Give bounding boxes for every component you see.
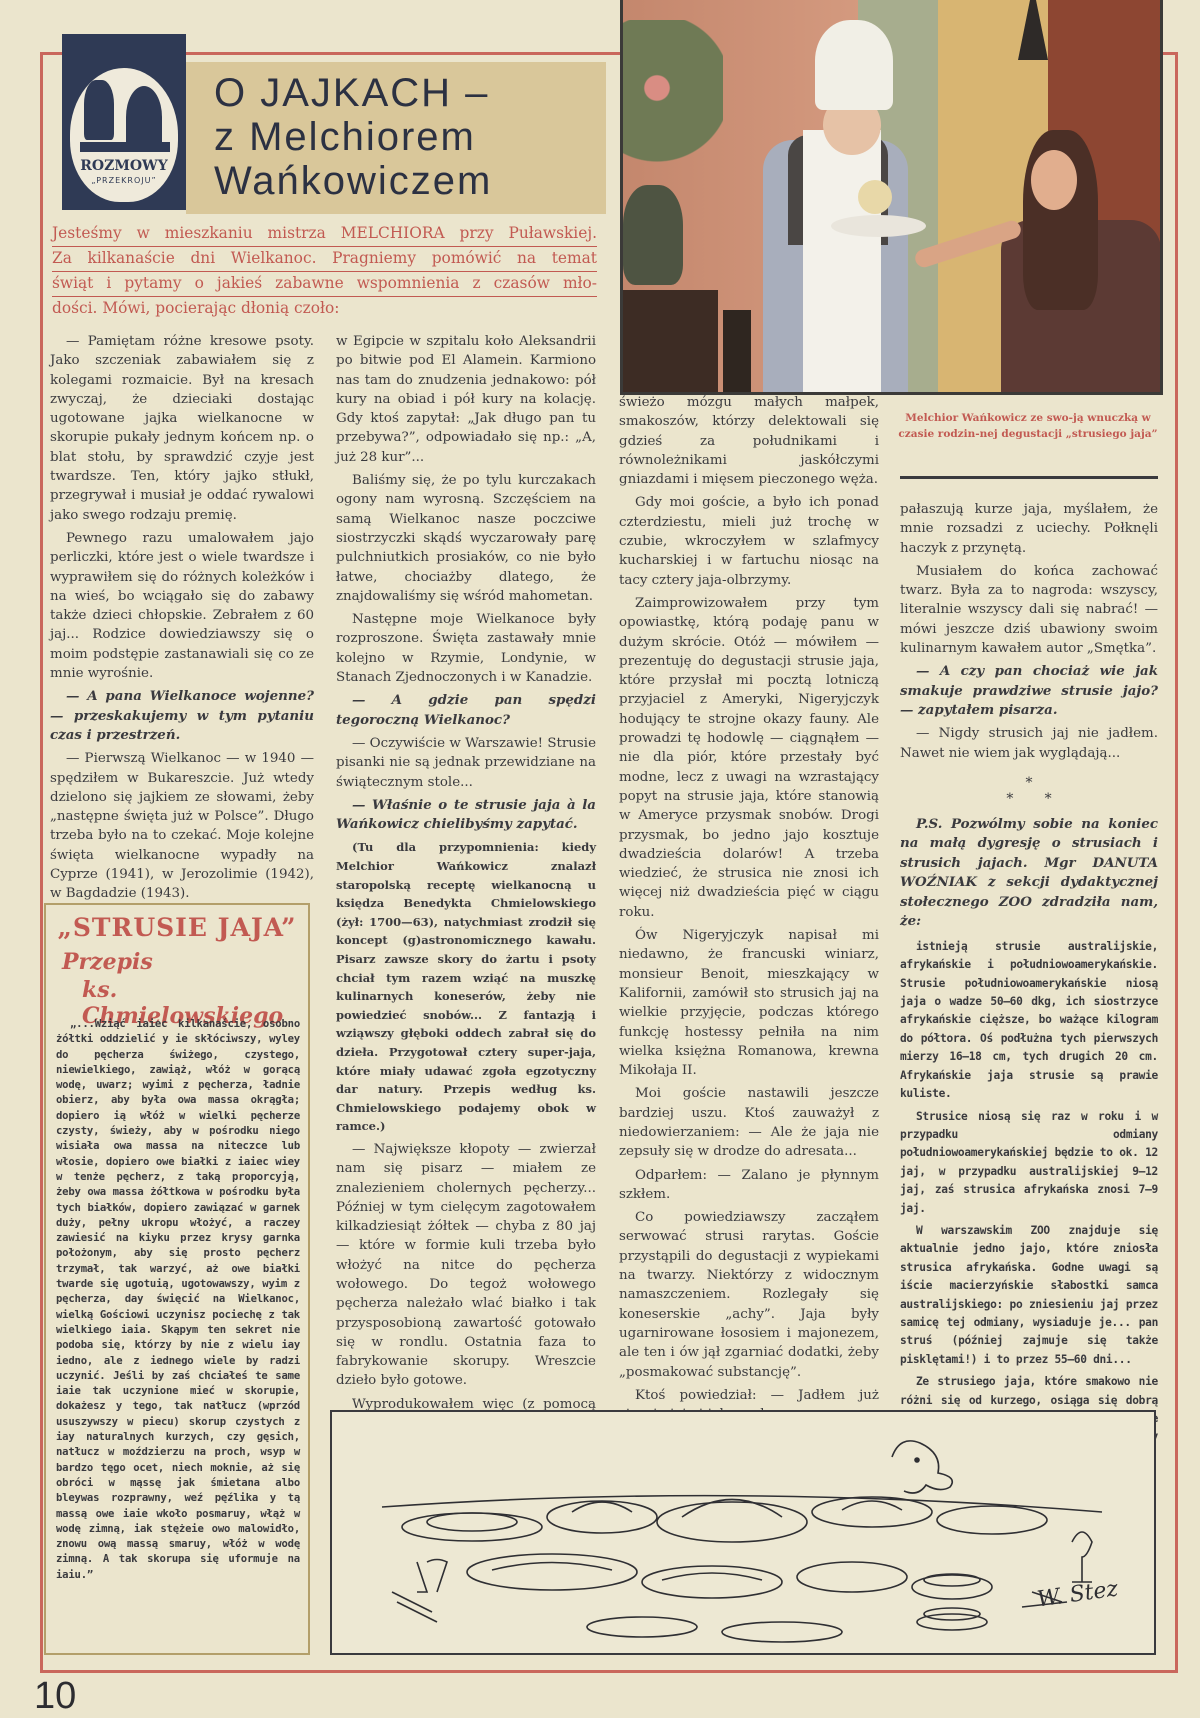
photo-egg: [858, 180, 892, 214]
interviewer-question: — Właśnie o te strusie jaja à la Wańkowi…: [336, 796, 596, 835]
interviewer-question: — A pana Wielkanoce wojenne? — przeskaku…: [50, 687, 314, 745]
intro-lead: Jesteśmy w mieszkaniu mistrza MELCHIORA …: [52, 222, 597, 322]
logo-subtitle: „PRZEKROJU”: [70, 176, 178, 185]
recipe-sidebar-box: „STRUSIE JAJA” Przepis ks. Chmielowskieg…: [44, 903, 310, 1655]
photo-caption: Melchior Wańkowicz ze swo-ją wnuczką w c…: [898, 410, 1158, 442]
zoo-fact: istnieją strusie australijskie, afrykańs…: [900, 938, 1158, 1104]
frame-border-bottom: [40, 1670, 1178, 1673]
magazine-page: ROZMOWY „PRZEKROJU” O JAJKACH – z Melchi…: [0, 0, 1200, 1718]
paragraph: — Największe kłopoty — zwierzał nam się …: [336, 1140, 596, 1391]
paragraph: Zaimprowizowałem przy tym opowiastkę, kt…: [619, 594, 879, 922]
paragraph: Musiałem do końca zachować twarz. Była z…: [900, 562, 1158, 658]
caption-divider: [900, 476, 1158, 479]
interviewer-question: — A gdzie pan spędzi tegoroczną Wielkano…: [336, 691, 596, 730]
photo-vase: [623, 185, 683, 285]
paragraph: w Egipcie w szpitalu koło Aleksandrii po…: [336, 332, 596, 467]
logo-figure-silhouette-icon: [126, 86, 162, 148]
article-column-4: pałaszują kurze jaja, myślałem, że mnie …: [900, 500, 1158, 1554]
paragraph: Odparłem: — Zalano je płynnym szkłem.: [619, 1166, 879, 1205]
editorial-note: (Tu dla przypomnienia: kiedy Melchior Wa…: [336, 838, 596, 1136]
photo-wankowicz-with-granddaughter: [620, 0, 1163, 395]
paragraph: — Pierwszą Wielkanoc — w 1940 — spędziłe…: [50, 749, 314, 903]
paragraph: — Pamiętam różne kresowe psoty. Jako szc…: [50, 332, 314, 525]
section-separator-asterisks: * * *: [900, 775, 1158, 807]
recipe-subtitle: Przepis: [62, 949, 153, 975]
intro-line: świąt i pytamy o jakieś zabawne wspomnie…: [52, 272, 597, 297]
paragraph: Następne moje Wielkanoce były rozproszon…: [336, 610, 596, 687]
article-column-3: świeżo mózgu małych małpek, smakoszów, k…: [619, 393, 879, 1471]
article-column-1: — Pamiętam różne kresowe psoty. Jako szc…: [50, 332, 314, 931]
rozmowy-przekroju-logo: ROZMOWY „PRZEKROJU”: [62, 34, 186, 210]
logo-chef-silhouette-icon: [84, 80, 114, 140]
page-number: 10: [34, 1675, 76, 1718]
headline-line-2: z Melchiorem: [214, 116, 476, 158]
zoo-facts: istnieją strusie australijskie, afrykańs…: [900, 938, 1158, 1484]
logo-title: ROZMOWY: [70, 158, 178, 174]
banquet-illustration: W. Stez: [330, 1410, 1156, 1655]
photo-plate: [831, 215, 926, 237]
logo-oval: ROZMOWY „PRZEKROJU”: [70, 68, 178, 202]
headline-box: O JAJKACH – z Melchiorem Wańkowiczem: [186, 62, 606, 214]
logo-table-icon: [80, 142, 170, 152]
article-column-2: w Egipcie w szpitalu koło Aleksandrii po…: [336, 332, 596, 1553]
photo-radio: [623, 290, 718, 395]
paragraph: Gdy moi goście, a było ich ponad czterdz…: [619, 493, 879, 589]
paragraph: Ów Nigeryjczyk napisał mi niedawno, że f…: [619, 926, 879, 1080]
intro-line: dości. Mówi, pocierając dłonią czoło:: [52, 297, 597, 322]
asterisk-bottom: * *: [900, 791, 1158, 807]
recipe-text: „...Wziąć iaiec kilkanaście, osobno żółt…: [56, 1017, 300, 1583]
intro-line: Jesteśmy w mieszkaniu mistrza MELCHIORA …: [52, 222, 597, 247]
headline-line-1: O JAJKACH –: [214, 72, 489, 114]
headline-line-3: Wańkowiczem: [214, 160, 492, 202]
paragraph: Pewnego razu umalowałem jajo perliczki, …: [50, 529, 314, 683]
photo-chef-hat: [815, 20, 893, 110]
recipe-title: „STRUSIE JAJA”: [46, 913, 308, 942]
photo-flowers: [620, 20, 723, 190]
interviewer-question: — A czy pan chociaż wie jak smakuje praw…: [900, 662, 1158, 720]
frame-border-left: [40, 52, 43, 1672]
postscript-intro: P.S. Pozwólmy sobie na koniec na małą dy…: [900, 815, 1158, 932]
intro-line: Za kilkanaście dni Wielkanoc. Pragniemy …: [52, 247, 597, 272]
zoo-fact: W warszawskim ZOO znajduje się aktualnie…: [900, 1222, 1158, 1369]
paragraph: — Oczywiście w Warszawie! Strusie pisank…: [336, 734, 596, 792]
paragraph: pałaszują kurze jaja, myślałem, że mnie …: [900, 500, 1158, 558]
photo-bottle: [723, 310, 751, 395]
banquet-drawing-icon: [332, 1412, 1154, 1653]
photo-apron: [803, 130, 881, 395]
paragraph: świeżo mózgu małych małpek, smakoszów, k…: [619, 393, 879, 489]
paragraph: — Nigdy strusich jaj nie jadłem. Nawet n…: [900, 724, 1158, 763]
photo-woman-face: [1031, 150, 1077, 210]
paragraph: Baliśmy się, że po tylu kurczakach ogony…: [336, 471, 596, 606]
frame-border-right: [1175, 52, 1178, 1672]
paragraph: Moi goście nastawili jeszcze bardziej us…: [619, 1084, 879, 1161]
zoo-fact: Strusice niosą się raz w roku i w przypa…: [900, 1108, 1158, 1218]
asterisk-top: *: [900, 775, 1158, 791]
paragraph: Co powiedziawszy zacząłem serwować strus…: [619, 1208, 879, 1382]
